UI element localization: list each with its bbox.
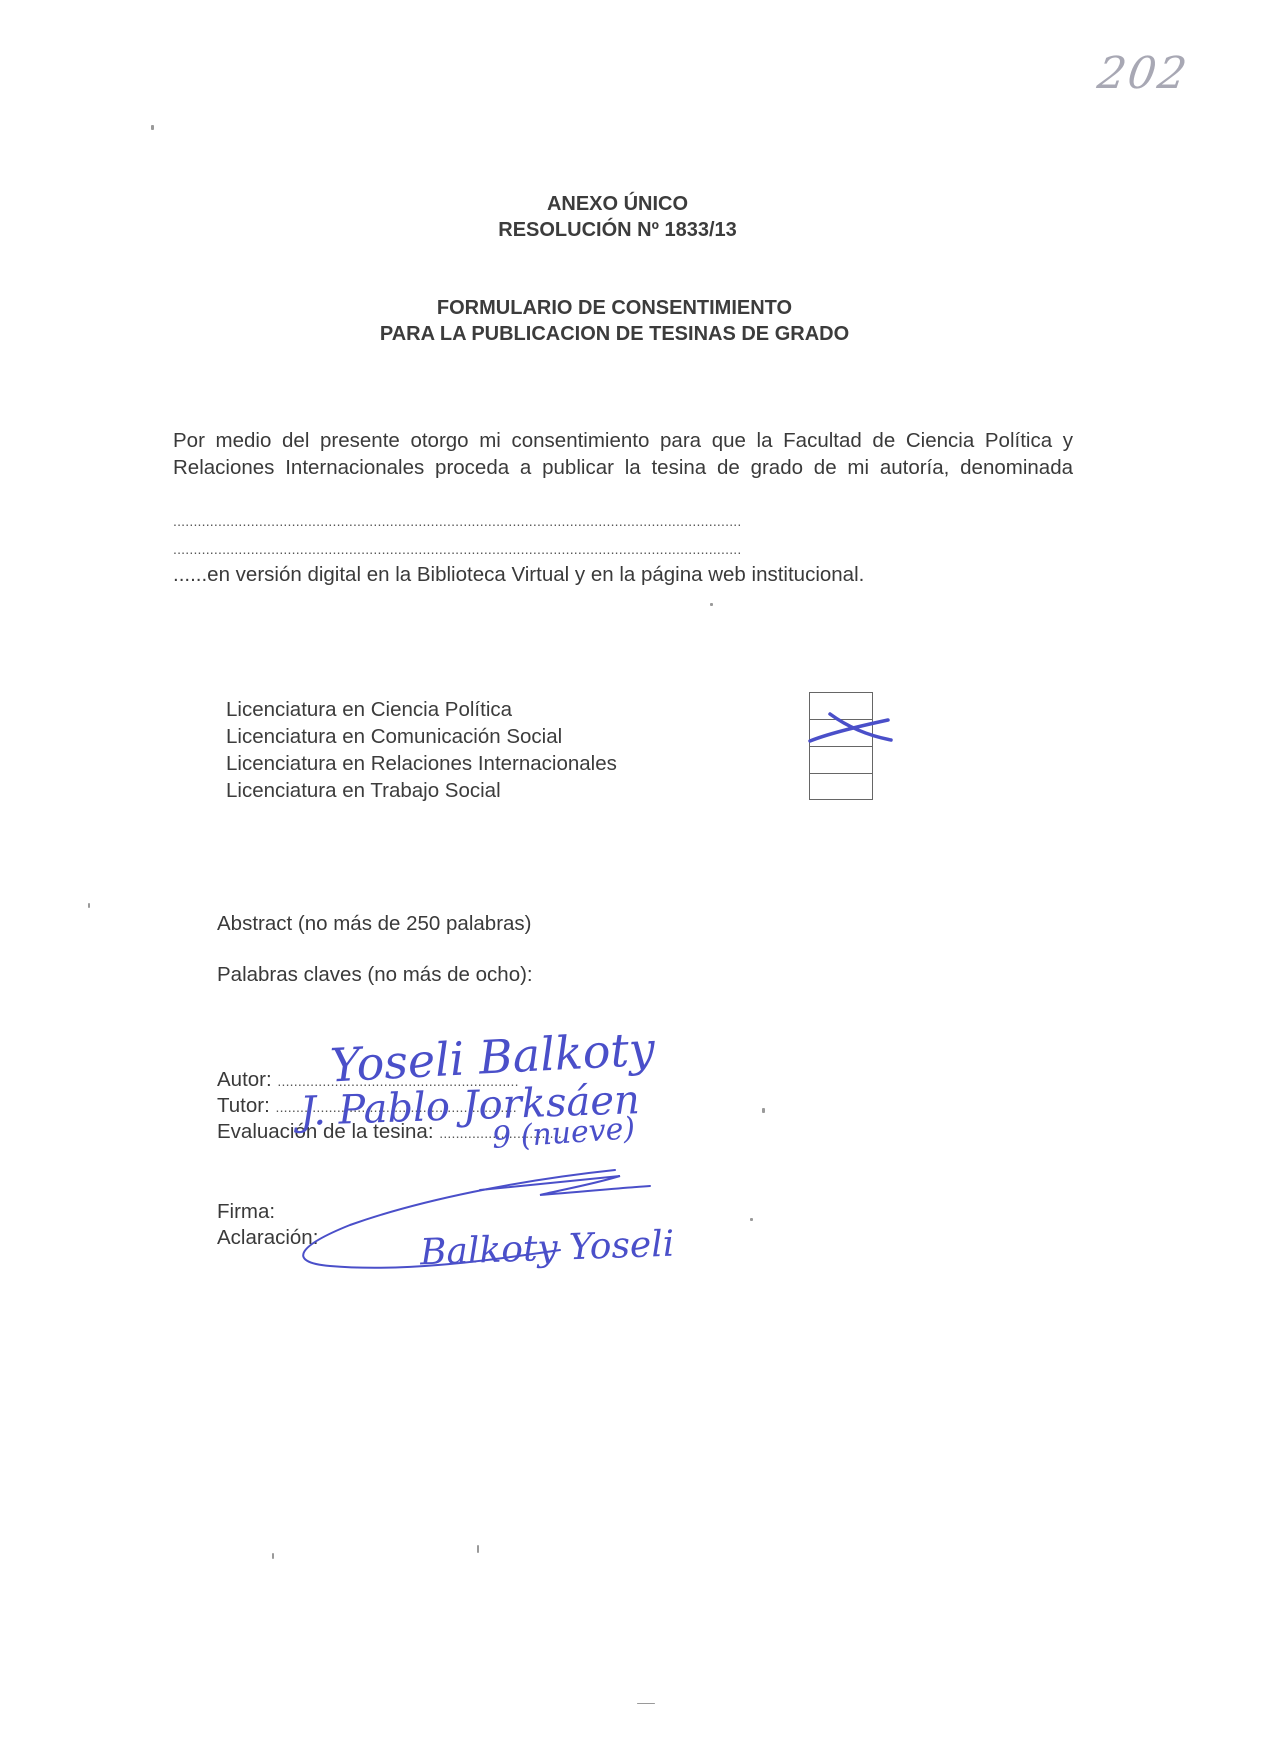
career-relaciones-internacionales: Licenciatura en Relaciones Internacional… [226, 750, 617, 777]
scan-speck [710, 603, 713, 606]
abstract-label: Abstract (no más de 250 palabras) [217, 912, 532, 936]
career-comunicacion-social: Licenciatura en Comunicación Social [226, 723, 617, 750]
form-title-line-1: FORMULARIO DE CONSENTIMIENTO [0, 295, 1252, 321]
ink-strokes [0, 0, 1275, 1755]
career-ciencia-politica: Licenciatura en Ciencia Política [226, 696, 617, 723]
thesis-title-line-1[interactable]: ........................................… [173, 513, 1061, 529]
consent-paragraph-ending: ......en versión digital en la Bibliotec… [173, 563, 864, 587]
scan-speck [762, 1108, 765, 1113]
scan-speck [151, 125, 154, 130]
form-title: FORMULARIO DE CONSENTIMIENTO PARA LA PUB… [0, 295, 1252, 347]
checkbox-ciencia-politica[interactable] [809, 692, 873, 719]
tutor-label: Tutor: [217, 1094, 270, 1117]
firma-label: Firma: [217, 1200, 275, 1224]
resolution-number: RESOLUCIÓN Nº 1833/13 [0, 217, 1255, 243]
career-list: Licenciatura en Ciencia Política Licenci… [226, 696, 617, 804]
form-title-line-2: PARA LA PUBLICACION DE TESINAS DE GRADO [0, 321, 1252, 347]
handwritten-page-number: 202 [1094, 48, 1191, 99]
scan-speck [272, 1553, 274, 1559]
checkbox-trabajo-social[interactable] [809, 773, 873, 800]
thesis-title-line-2[interactable]: ........................................… [173, 541, 1061, 557]
consent-paragraph: Por medio del presente otorgo mi consent… [173, 428, 1073, 481]
checkbox-comunicacion-social[interactable] [809, 719, 873, 746]
career-checkboxes [809, 692, 873, 800]
career-trabajo-social: Licenciatura en Trabajo Social [226, 777, 617, 804]
scan-speck [750, 1218, 753, 1221]
annex-title: ANEXO ÚNICO [0, 191, 1255, 217]
autor-label: Autor: [217, 1068, 272, 1091]
keywords-label: Palabras claves (no más de ocho): [217, 963, 533, 987]
aclaracion-handwritten-value: Balkoty Yoseli [419, 1224, 675, 1274]
annex-header: ANEXO ÚNICO RESOLUCIÓN Nº 1833/13 [0, 191, 1255, 243]
scan-speck [88, 903, 90, 908]
checkbox-relaciones-internacionales[interactable] [809, 746, 873, 773]
scan-speck [637, 1703, 655, 1704]
aclaracion-label: Aclaración: [217, 1226, 318, 1250]
scan-speck [477, 1545, 479, 1553]
